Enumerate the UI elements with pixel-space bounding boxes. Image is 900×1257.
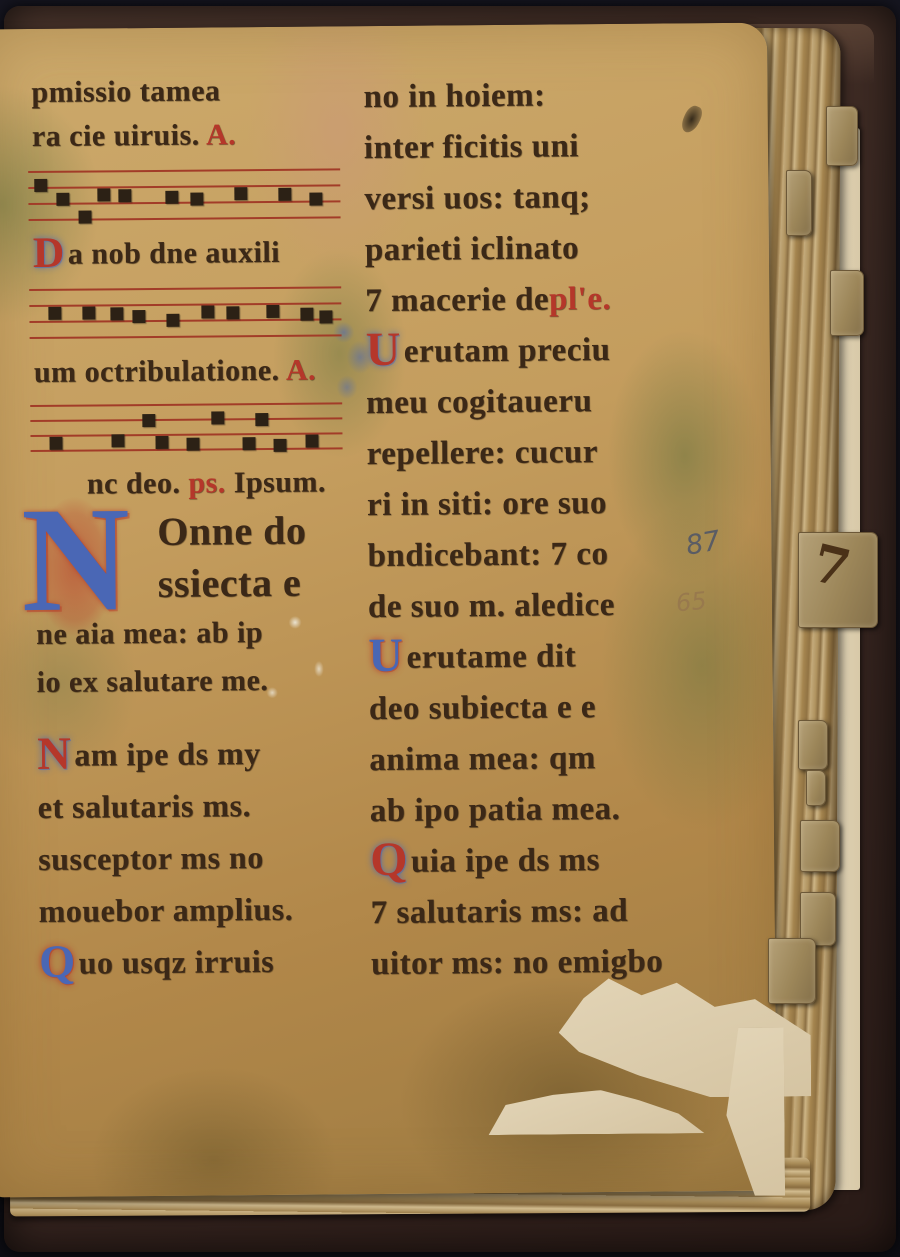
square-neume bbox=[201, 305, 214, 318]
square-neume bbox=[301, 308, 314, 321]
square-neume bbox=[278, 188, 291, 201]
music-staff bbox=[28, 156, 341, 233]
square-neume bbox=[255, 413, 268, 426]
text-line: Quo usqz irruis bbox=[39, 934, 347, 989]
index-tab bbox=[826, 106, 858, 166]
index-tab bbox=[806, 770, 826, 806]
text-line: Da nob dne auxili bbox=[33, 230, 341, 277]
index-tab bbox=[830, 270, 864, 336]
square-neume bbox=[320, 310, 333, 323]
text-line: anima mea: qm bbox=[369, 732, 699, 786]
text-line: ssiecta e bbox=[36, 556, 344, 611]
text-line: uitor ms: no emigbo bbox=[371, 936, 701, 990]
text-line: ri in siti: ore suo bbox=[367, 477, 697, 531]
index-tab bbox=[768, 938, 816, 1004]
right-text-column: no in hoiem: inter ficitis uni versi uos… bbox=[363, 69, 701, 990]
square-neume bbox=[97, 188, 110, 201]
initial-D: D bbox=[33, 236, 65, 271]
text-line: parieti iclinato bbox=[365, 222, 695, 276]
manuscript-photo: N pmissio tamea ra cie uiruis. A. Da nob… bbox=[0, 0, 900, 1257]
rubric: pl'e. bbox=[549, 281, 611, 318]
square-neume bbox=[132, 310, 145, 323]
index-tab bbox=[786, 170, 812, 236]
square-neume bbox=[48, 307, 61, 320]
left-text-column: pmissio tamea ra cie uiruis. A. Da nob d… bbox=[31, 68, 347, 989]
text-line: bndicebant: 7 co bbox=[367, 528, 697, 582]
text-line: ne aia mea: ab ip bbox=[36, 608, 344, 659]
text-line: et salutaris ms. bbox=[37, 778, 345, 833]
square-neume bbox=[211, 411, 224, 424]
text-line: ra cie uiruis. A. bbox=[32, 112, 340, 159]
text-line: Onne do bbox=[35, 504, 343, 559]
psalm-rubric: ps. bbox=[188, 466, 226, 499]
initial-V: U bbox=[368, 637, 403, 676]
text-line: meu cogitaueru bbox=[366, 375, 696, 429]
initial-Q: Q bbox=[39, 944, 76, 981]
text-line: repellere: cucur bbox=[366, 426, 696, 480]
text-line: mouebor amplius. bbox=[38, 882, 346, 937]
text-line: io ex salutare me. bbox=[36, 656, 344, 707]
text-line: Uerutame dit bbox=[368, 630, 698, 684]
text-line: de suo m. aledice bbox=[368, 579, 698, 633]
index-tab bbox=[800, 820, 840, 872]
square-neume bbox=[155, 436, 168, 449]
secondary-number: 65 bbox=[675, 586, 708, 617]
parchment-tear-bottom bbox=[488, 1089, 704, 1135]
square-neume bbox=[34, 179, 47, 192]
square-neume bbox=[110, 307, 123, 320]
text-line: Nam ipe ds my bbox=[37, 726, 345, 781]
square-neume bbox=[56, 193, 69, 206]
square-neume bbox=[166, 191, 179, 204]
antiphon-rubric: A. bbox=[286, 354, 316, 387]
square-neume bbox=[78, 211, 91, 224]
initial-Q: Q bbox=[370, 841, 408, 880]
text-line: versi uos: tanq; bbox=[364, 171, 694, 225]
square-neume bbox=[82, 306, 95, 319]
square-neume bbox=[119, 189, 132, 202]
music-staff bbox=[29, 274, 342, 351]
text-line: Quia ipe ds ms bbox=[370, 834, 700, 888]
text-line: inter ficitis uni bbox=[364, 120, 694, 174]
square-neume bbox=[143, 414, 156, 427]
text-line: no in hoiem: bbox=[363, 69, 693, 123]
text-line: pmissio tamea bbox=[31, 68, 339, 115]
initial-N: N bbox=[37, 736, 71, 773]
square-neume bbox=[112, 434, 125, 447]
text-line: um octribulatione. A. bbox=[34, 348, 342, 395]
square-neume bbox=[191, 193, 204, 206]
square-neume bbox=[167, 314, 180, 327]
square-neume bbox=[305, 435, 318, 448]
line-gap bbox=[37, 704, 345, 729]
tab-numeral: 7 bbox=[807, 537, 855, 596]
text-line: nc deo. ps. Ipsum. bbox=[35, 460, 343, 507]
index-tab-marked: 7 bbox=[798, 532, 878, 628]
square-neume bbox=[274, 439, 287, 452]
text-line: deo subiecta e e bbox=[369, 681, 699, 735]
text-line: 7 macerie depl'e. bbox=[365, 273, 695, 327]
square-neume bbox=[234, 187, 247, 200]
folio-number: 87 bbox=[684, 525, 723, 561]
square-neume bbox=[309, 192, 322, 205]
initial-V: U bbox=[366, 331, 401, 370]
music-staff bbox=[30, 392, 343, 463]
square-neume bbox=[49, 437, 62, 450]
antiphon-rubric: A. bbox=[206, 118, 236, 151]
text-line: Uerutam preciu bbox=[366, 324, 696, 378]
index-tab bbox=[798, 720, 828, 770]
square-neume bbox=[186, 438, 199, 451]
square-neume bbox=[243, 437, 256, 450]
square-neume bbox=[226, 306, 239, 319]
square-neume bbox=[266, 305, 279, 318]
text-line: 7 salutaris ms: ad bbox=[370, 885, 700, 939]
manuscript-page: N pmissio tamea ra cie uiruis. A. Da nob… bbox=[0, 23, 777, 1198]
text-line: ab ipo patia mea. bbox=[370, 783, 700, 837]
text-line: susceptor ms no bbox=[38, 830, 346, 885]
